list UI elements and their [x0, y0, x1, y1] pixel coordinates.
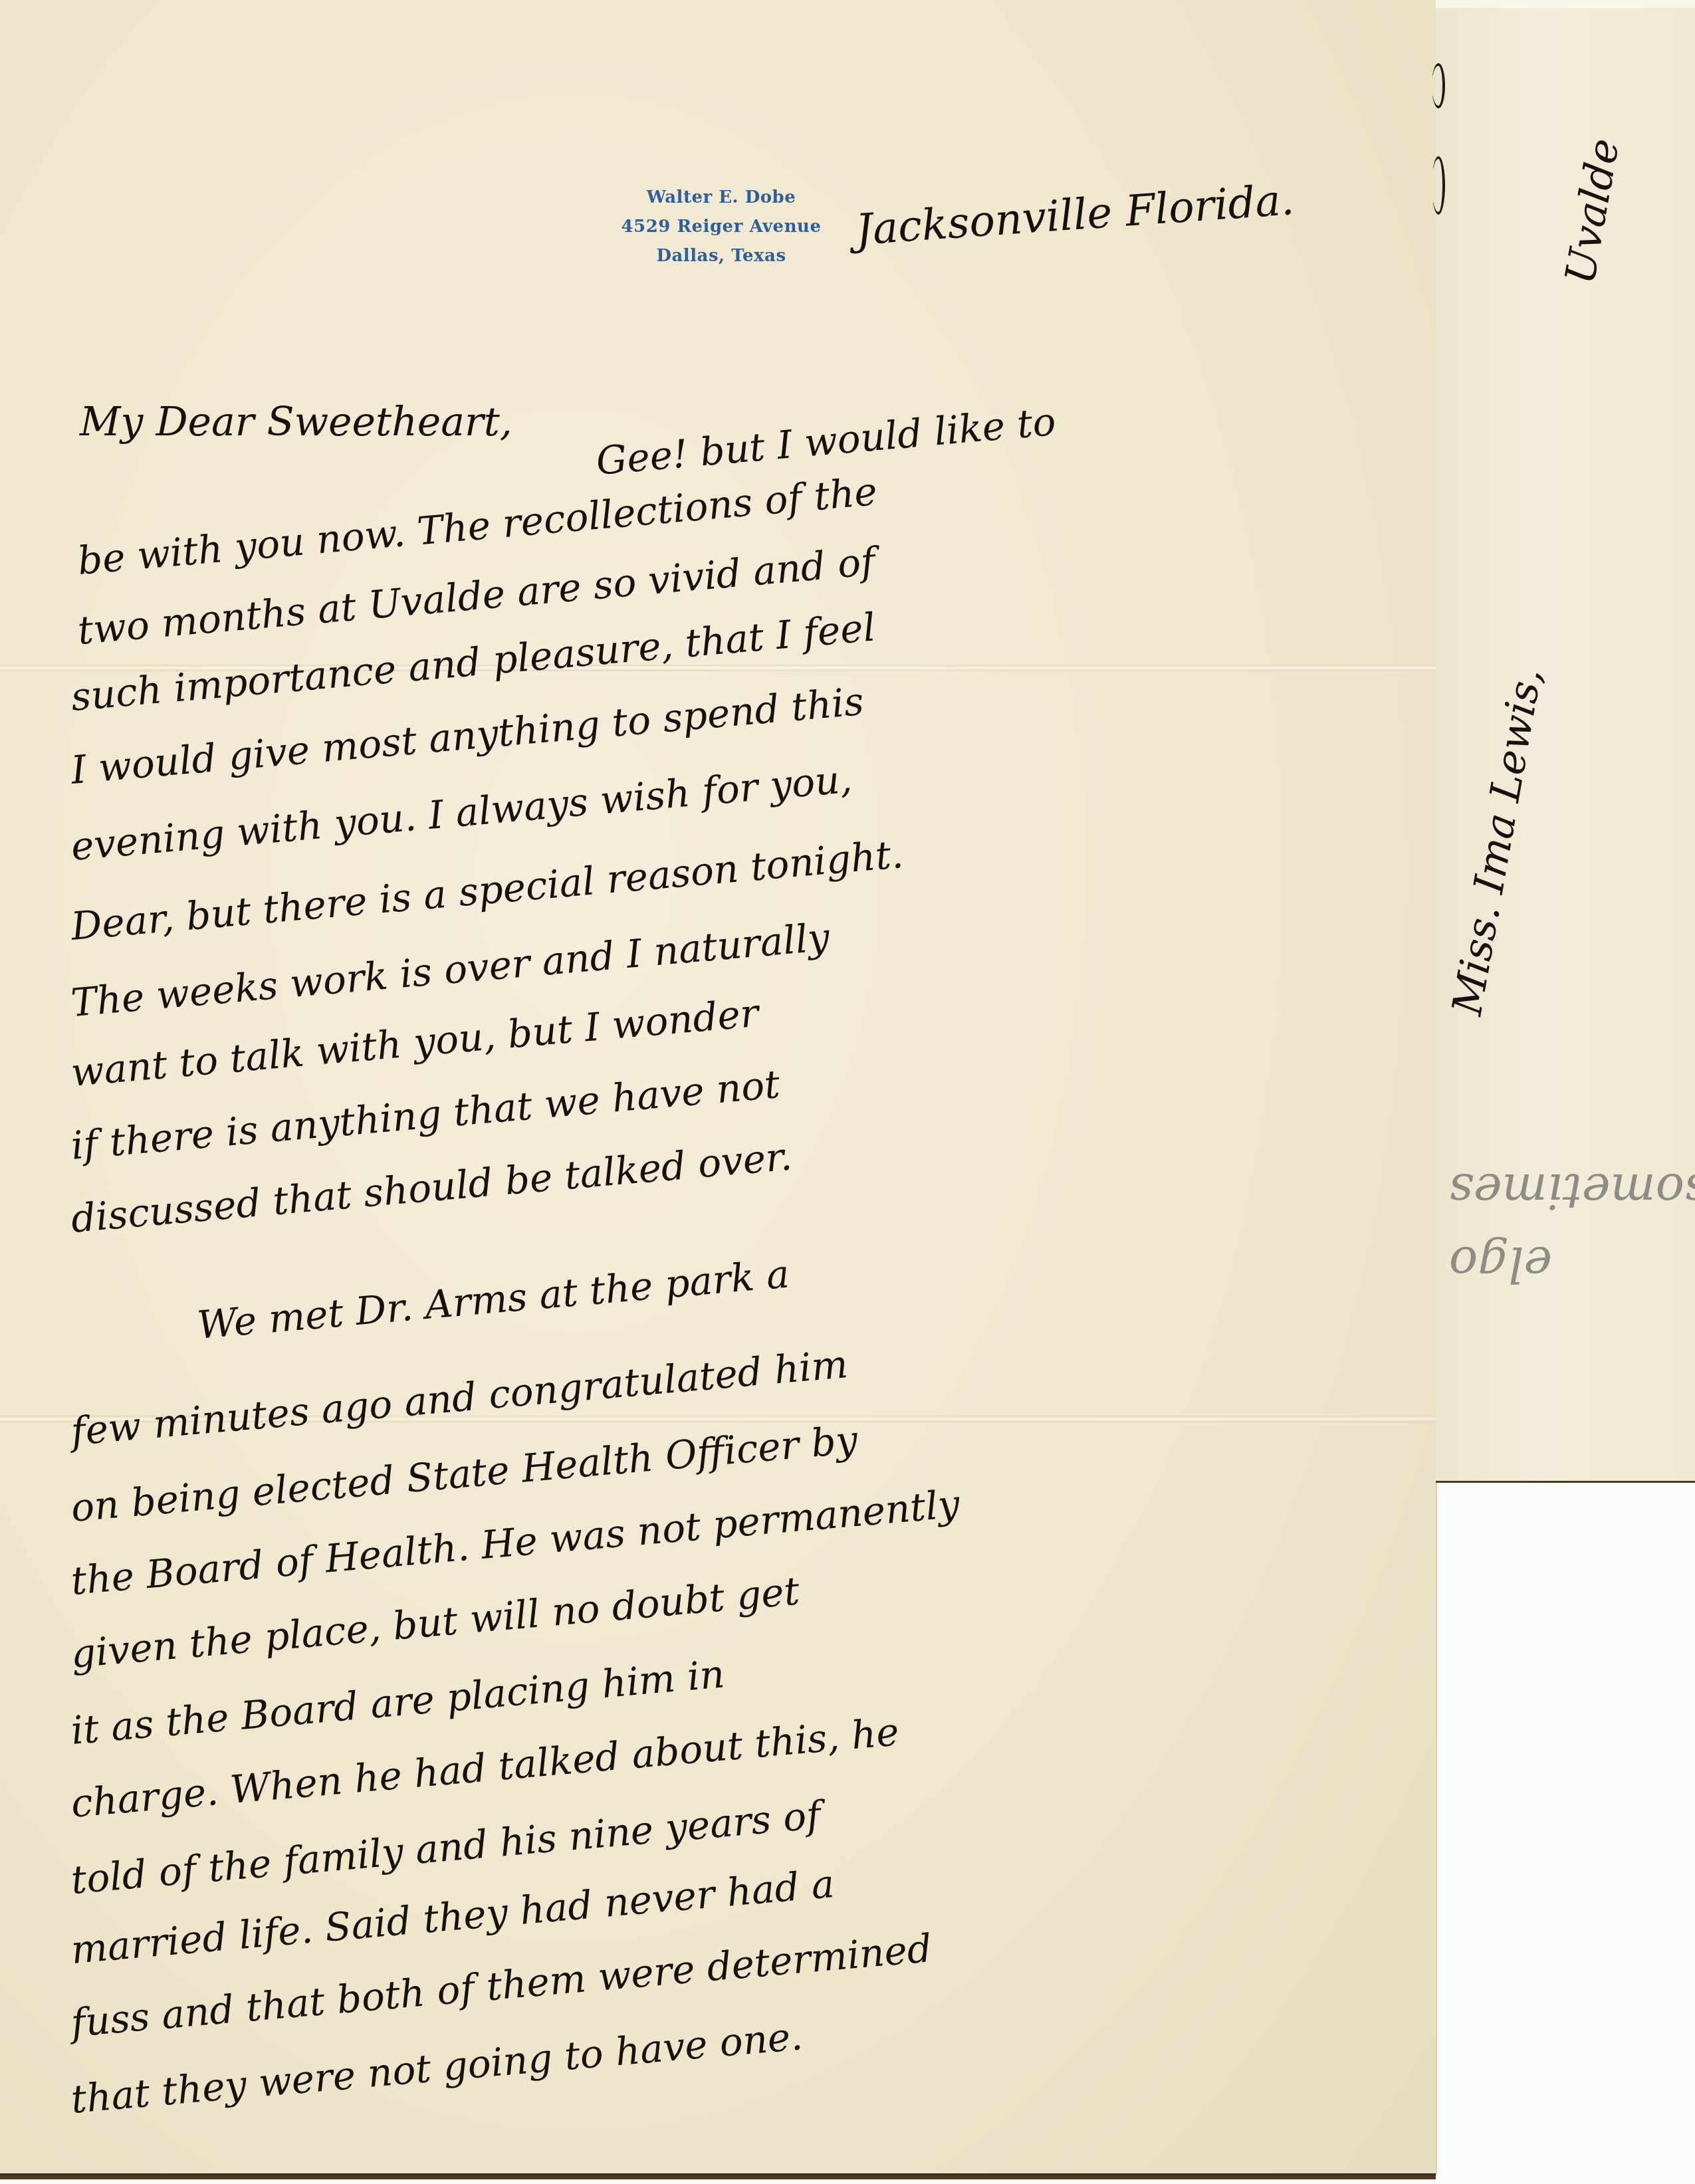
- body-line: Gee! but I would like to: [594, 399, 1058, 484]
- letterhead-city: Dallas, Texas: [595, 241, 847, 271]
- letterhead: Walter E. Dobe 4529 Reiger Avenue Dallas…: [595, 183, 847, 271]
- envelope-city: Uvalde: [1555, 135, 1629, 288]
- body-line: We met Dr. Arms at the park a: [195, 1251, 791, 1348]
- pencil-note: elgo: [1449, 1236, 1552, 1292]
- envelope: Miss. Ima Lewis, Uvalde sometimes elgo: [1436, 0, 1695, 1483]
- postmark-mark: [1432, 63, 1445, 108]
- envelope-torn-edge: [1436, 0, 1695, 8]
- letterhead-name: Walter E. Dobe: [595, 183, 847, 212]
- place-line: Jacksonville Florida.: [854, 175, 1296, 255]
- postmark-mark: [1432, 156, 1445, 215]
- letterhead-street: 4529 Reiger Avenue: [595, 212, 847, 241]
- letter-page: Walter E. Dobe 4529 Reiger Avenue Dallas…: [0, 0, 1436, 2175]
- envelope-addressee: Miss. Ima Lewis,: [1442, 664, 1551, 1018]
- salutation: My Dear Sweetheart,: [80, 399, 512, 445]
- pencil-note: sometimes: [1449, 1163, 1695, 1219]
